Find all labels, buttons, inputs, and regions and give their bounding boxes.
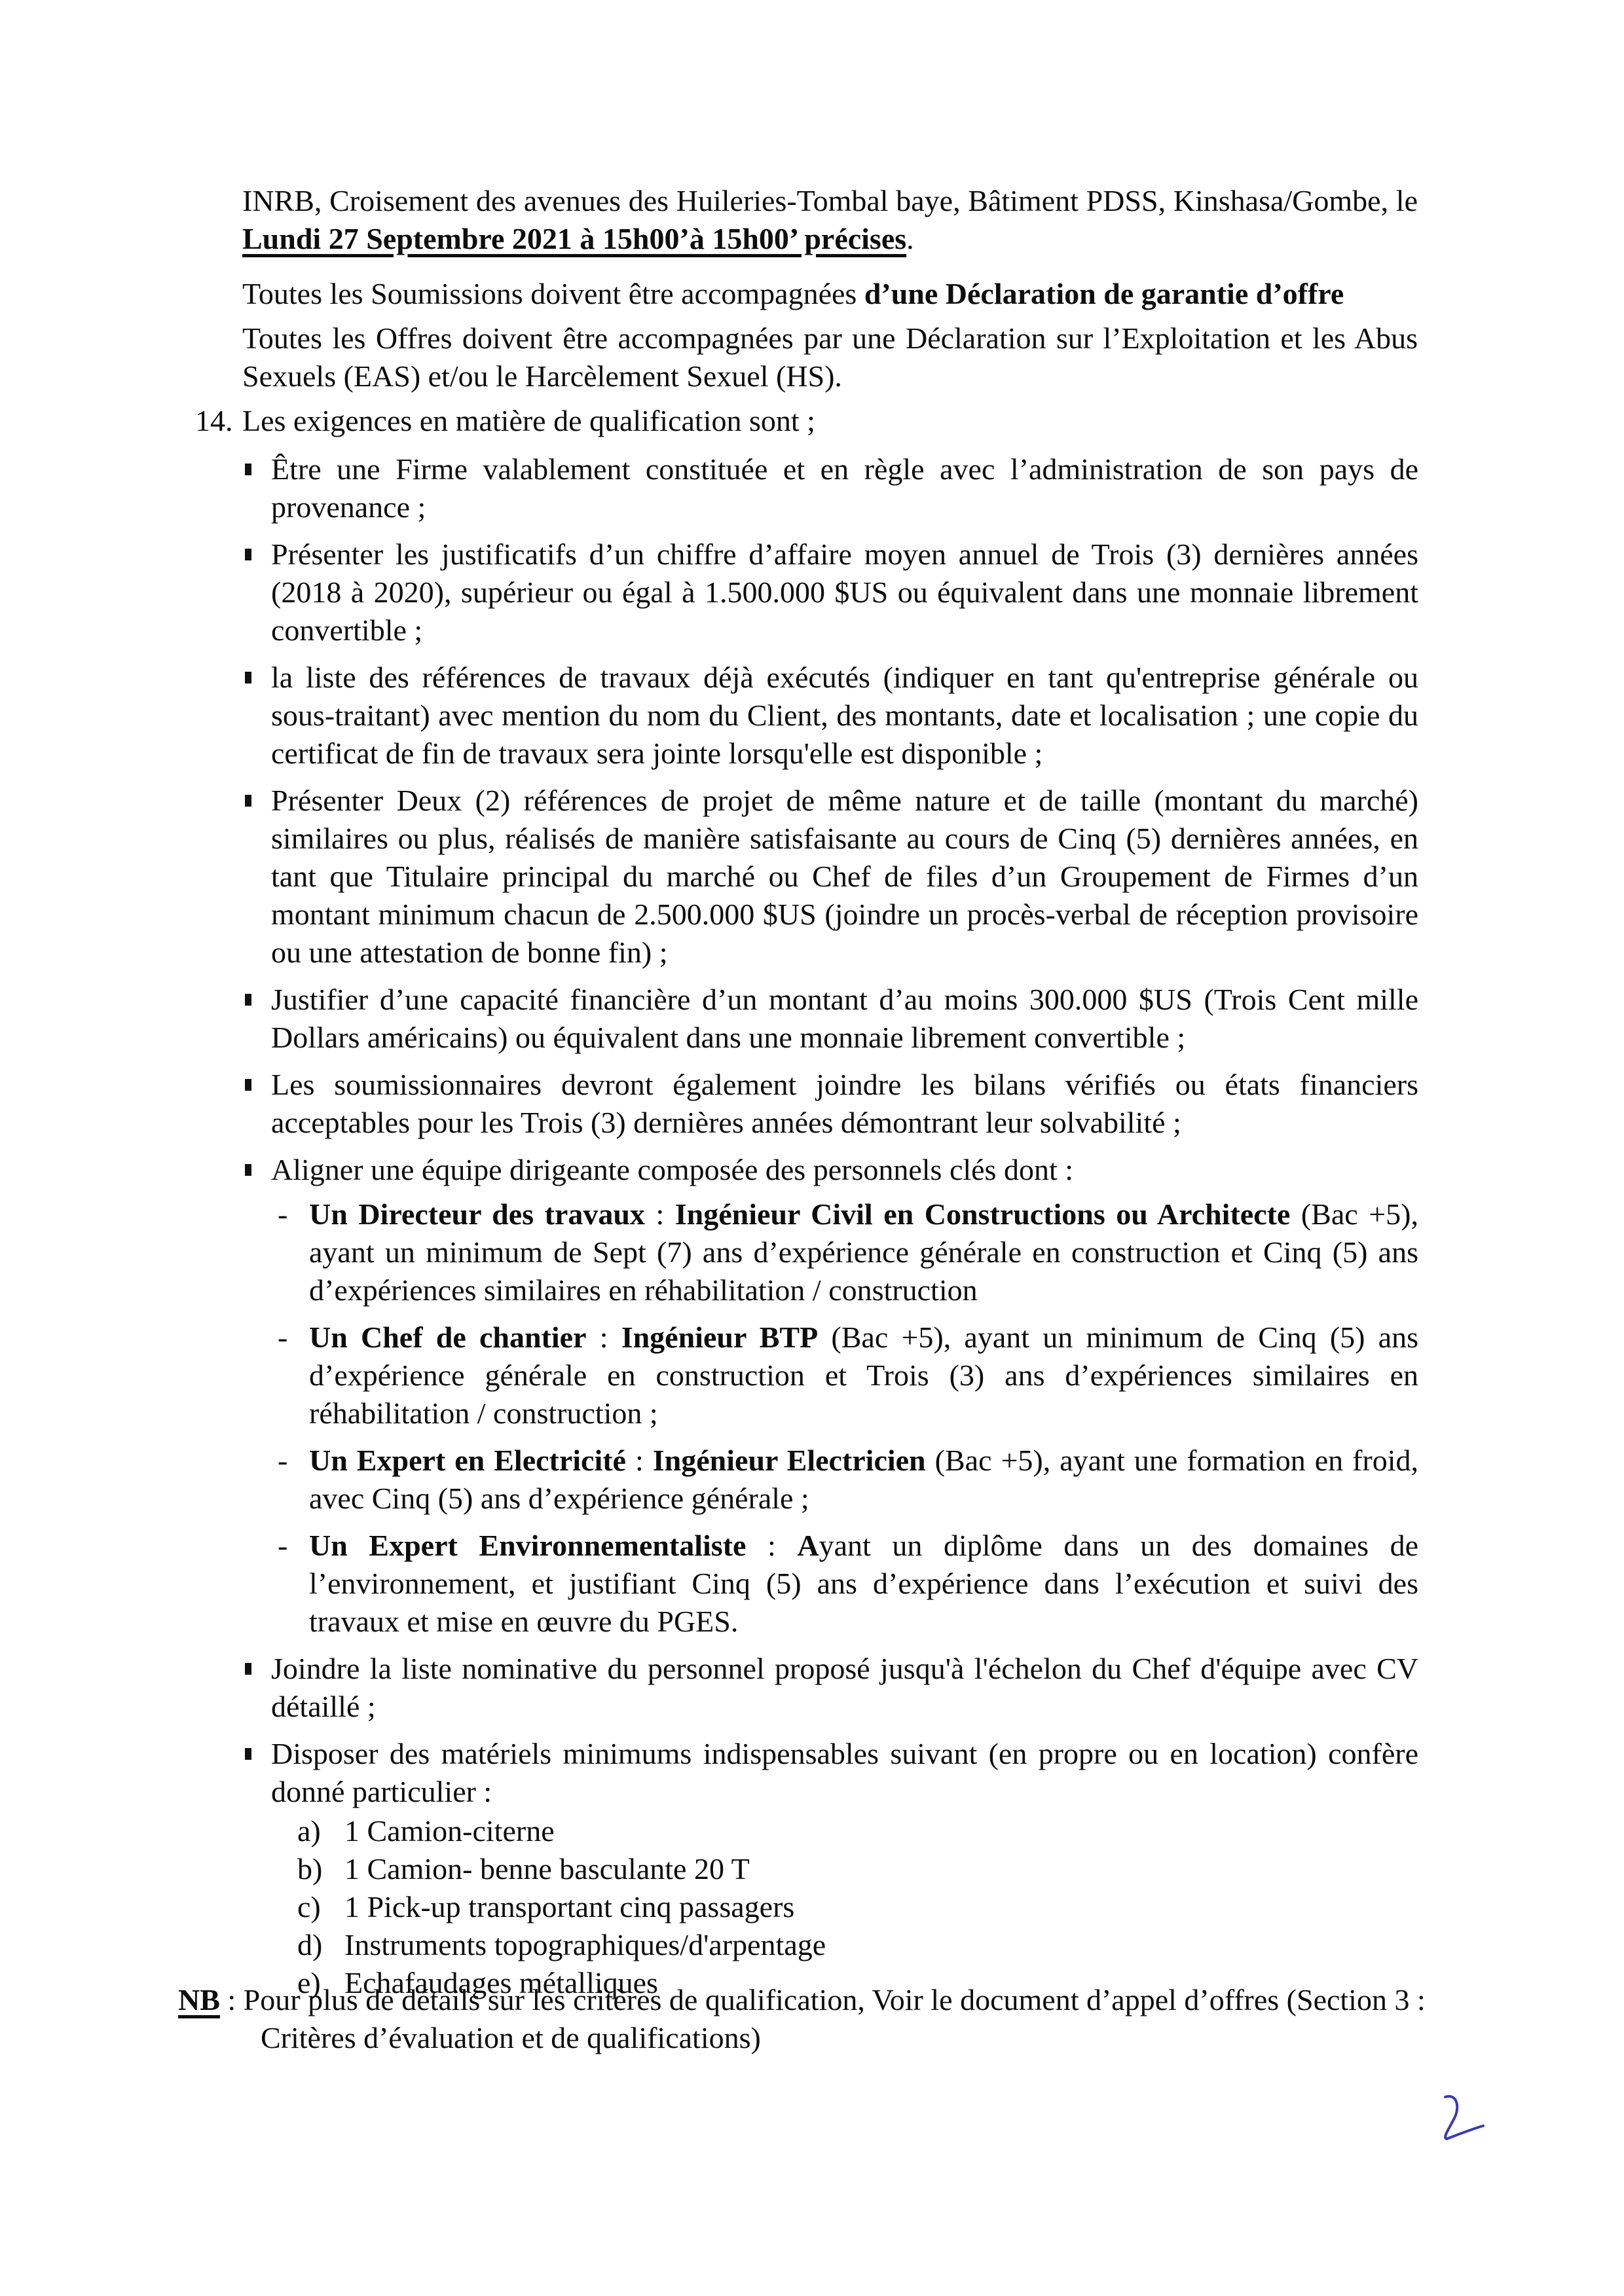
nb-label: NB bbox=[178, 1983, 220, 2016]
item-text: Instruments topographiques/d'arpentage bbox=[344, 1926, 826, 1964]
intro-address: INRB, Croisement des avenues des Huileri… bbox=[242, 182, 1418, 258]
square-bullet-icon bbox=[245, 672, 251, 683]
item-label: a) bbox=[297, 1812, 344, 1850]
equipment-item: d)Instruments topographiques/d'arpentage bbox=[297, 1926, 1418, 1964]
staff-item: -Un Chef de chantier : Ingénieur BTP (Ba… bbox=[309, 1319, 1418, 1432]
staff-role: Un Expert Environnementaliste bbox=[309, 1529, 746, 1562]
list-item: Être une Firme valablement constituée et… bbox=[271, 450, 1418, 526]
list-item: Présenter les justificatifs d’un chiffre… bbox=[271, 536, 1418, 649]
equipment-item: b)1 Camion- benne basculante 20 T bbox=[297, 1850, 1418, 1888]
staff-role: Un Directeur des travaux bbox=[309, 1197, 645, 1231]
nb-note: NB : Pour plus de détails sur les critèr… bbox=[178, 1981, 1505, 2057]
list-item: Présenter Deux (2) références de projet … bbox=[271, 782, 1418, 972]
dash-bullet-icon: - bbox=[278, 1442, 287, 1480]
list-item-text: Disposer des matériels minimums indispen… bbox=[271, 1737, 1418, 1808]
staff-qualification: Ingénieur Electricien bbox=[653, 1444, 926, 1477]
staff-role: Un Expert en Electricité bbox=[309, 1444, 626, 1477]
equipment-list: a)1 Camion-citerne b)1 Camion- benne bas… bbox=[271, 1812, 1418, 2002]
staff-qualification: A bbox=[797, 1529, 819, 1562]
nb-text: : Pour plus de détails sur les critères … bbox=[220, 1983, 1426, 2054]
eas-text: Toutes les Offres doivent être accompagn… bbox=[242, 321, 1418, 393]
section-number: 14. bbox=[195, 402, 233, 440]
separator: : bbox=[586, 1321, 621, 1354]
eas-paragraph: Toutes les Offres doivent être accompagn… bbox=[242, 319, 1418, 395]
square-bullet-icon bbox=[245, 795, 251, 807]
item-text: 1 Camion- benne basculante 20 T bbox=[344, 1850, 750, 1888]
staff-item: -Un Expert Environnementaliste : Ayant u… bbox=[309, 1527, 1418, 1641]
deadline-text: Lundi 27 Septembre 2021 à 15h00’à 15h00’… bbox=[242, 222, 906, 255]
list-item-text: Présenter les justificatifs d’un chiffre… bbox=[271, 538, 1418, 647]
item-label: b) bbox=[297, 1850, 344, 1888]
item-label: d) bbox=[297, 1926, 344, 1964]
list-item-text: Être une Firme valablement constituée et… bbox=[271, 452, 1418, 524]
list-item: Aligner une équipe dirigeante composée d… bbox=[271, 1151, 1418, 1189]
section-heading: Les exigences en matière de qualificatio… bbox=[242, 402, 1421, 440]
staff-qualification: Ingénieur Civil en Constructions ou Arch… bbox=[675, 1197, 1291, 1231]
square-bullet-icon bbox=[245, 464, 251, 475]
dash-bullet-icon: - bbox=[278, 1527, 287, 1565]
list-item-text: Justifier d’une capacité financière d’un… bbox=[271, 983, 1418, 1054]
list-item-text: Les soumissionnaires devront également j… bbox=[271, 1068, 1418, 1139]
list-item-text: la liste des références de travaux déjà … bbox=[271, 661, 1418, 770]
separator: : bbox=[746, 1529, 797, 1562]
list-item-text: Joindre la liste nominative du personnel… bbox=[271, 1652, 1418, 1723]
list-item: Justifier d’une capacité financière d’un… bbox=[271, 981, 1418, 1057]
guarantee-prefix: Toutes les Soumissions doivent être acco… bbox=[242, 277, 864, 310]
list-item: Les soumissionnaires devront également j… bbox=[271, 1066, 1418, 1142]
document-page: INRB, Croisement des avenues des Huileri… bbox=[0, 0, 1624, 2296]
list-item-text: Aligner une équipe dirigeante composée d… bbox=[271, 1153, 1073, 1186]
square-bullet-icon bbox=[245, 1748, 251, 1760]
square-bullet-icon bbox=[245, 994, 251, 1006]
item-text: 1 Pick-up transportant cinq passagers bbox=[344, 1888, 794, 1926]
list-item: Disposer des matériels minimums indispen… bbox=[271, 1735, 1418, 1811]
square-bullet-icon bbox=[245, 1079, 251, 1091]
square-bullet-icon bbox=[245, 549, 251, 560]
equipment-item: c)1 Pick-up transportant cinq passagers bbox=[297, 1888, 1418, 1926]
list-item: Joindre la liste nominative du personnel… bbox=[271, 1650, 1418, 1726]
staff-item: -Un Directeur des travaux : Ingénieur Ci… bbox=[309, 1195, 1418, 1309]
staff-item: -Un Expert en Electricité : Ingénieur El… bbox=[309, 1442, 1418, 1518]
dash-bullet-icon: - bbox=[278, 1195, 287, 1233]
key-staff-list: -Un Directeur des travaux : Ingénieur Ci… bbox=[271, 1195, 1418, 1641]
separator: : bbox=[626, 1444, 653, 1477]
list-item-text: Présenter Deux (2) références de projet … bbox=[271, 784, 1418, 969]
guarantee-bold: d’une Déclaration de garantie d’offre bbox=[864, 277, 1344, 310]
square-bullet-icon bbox=[245, 1164, 251, 1176]
period: . bbox=[906, 222, 914, 255]
handwritten-page-number-icon bbox=[1437, 2092, 1490, 2144]
list-item: la liste des références de travaux déjà … bbox=[271, 659, 1418, 773]
guarantee-paragraph: Toutes les Soumissions doivent être acco… bbox=[242, 275, 1428, 313]
dash-bullet-icon: - bbox=[278, 1319, 287, 1357]
requirements-list: Être une Firme valablement constituée et… bbox=[271, 450, 1418, 2002]
address-text: INRB, Croisement des avenues des Huileri… bbox=[242, 184, 1418, 217]
square-bullet-icon bbox=[245, 1663, 251, 1675]
separator: : bbox=[645, 1197, 675, 1231]
item-label: c) bbox=[297, 1888, 344, 1926]
staff-role: Un Chef de chantier bbox=[309, 1321, 586, 1354]
equipment-item: a)1 Camion-citerne bbox=[297, 1812, 1418, 1850]
item-text: 1 Camion-citerne bbox=[344, 1812, 555, 1850]
staff-qualification: Ingénieur BTP bbox=[621, 1321, 819, 1354]
